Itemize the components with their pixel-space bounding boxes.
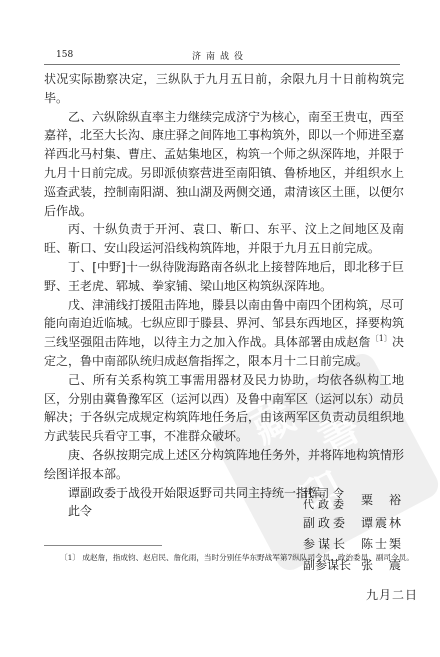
paragraph: 丁、[中野]十一纵待陇海路南各纵北上接替阵地后，即北移于巨野、王老虎、郓城、拳家… bbox=[44, 258, 404, 296]
signature-name: 粟 裕 bbox=[361, 491, 403, 508]
signature-row: 代司令 代政委 粟 裕 bbox=[303, 486, 403, 512]
paragraph: 乙、六纵除纵直率主力继续完成济宁为核心，南至王贵屯，西至嘉祥，北至大长沟、康庄驿… bbox=[44, 108, 404, 221]
title-line: 代政委 bbox=[303, 499, 361, 510]
paragraph: 己、所有关系构筑工事需用器材及民力协助，均依各纵构工地区，分别由冀鲁豫军区（运河… bbox=[44, 371, 404, 446]
paragraph: 状况实际勘察决定，三纵队于九月五日前，余限九月十日前构筑完毕。 bbox=[44, 70, 404, 108]
signature-title: 参谋长 bbox=[303, 535, 361, 552]
signature-row: 参谋长 陈士榘 bbox=[303, 533, 403, 554]
signature-name: 谭震林 bbox=[361, 514, 403, 531]
footnote: 〔1〕 成赵詹，指成钧、赵启民、詹化雨，当时分别任华东野战军第7纵队司令员、政治… bbox=[60, 552, 414, 563]
paragraph: 庚、各纵按期完成上述区分构筑阵地任务外，并将阵地构筑情形绘图详报本部。 bbox=[44, 446, 404, 484]
footnote-rule bbox=[44, 545, 162, 546]
paragraph: 丙、十纵负责于开河、袁口、靳口、东平、汶上之间地区及南旺、靳口、安山段运河沿线构… bbox=[44, 220, 404, 258]
body-text: 状况实际勘察决定，三纵队于九月五日前，余限九月十日前构筑完毕。 乙、六纵除纵直率… bbox=[44, 70, 404, 521]
footnote-reference[interactable]: 〔1〕 bbox=[371, 334, 392, 343]
paragraph: 戊、津浦线打援阻击阵地，滕县以南由鲁中南四个团构筑，尽可能向南迫近临城。七纵应即… bbox=[44, 296, 404, 371]
paragraph-text: 戊、津浦线打援阻击阵地，滕县以南由鲁中南四个团构筑，尽可能向南迫近临城。七纵应即… bbox=[44, 298, 404, 350]
header-rule bbox=[44, 64, 400, 65]
running-title: 济南战役 bbox=[0, 49, 440, 62]
signature-title: 代司令 代政委 bbox=[303, 488, 361, 510]
signature-name: 陈士榘 bbox=[361, 535, 403, 552]
signature-title: 副政委 bbox=[303, 514, 361, 531]
signature-row: 副政委 谭震林 bbox=[303, 512, 403, 533]
sign-date: 九月二日 bbox=[366, 586, 418, 603]
